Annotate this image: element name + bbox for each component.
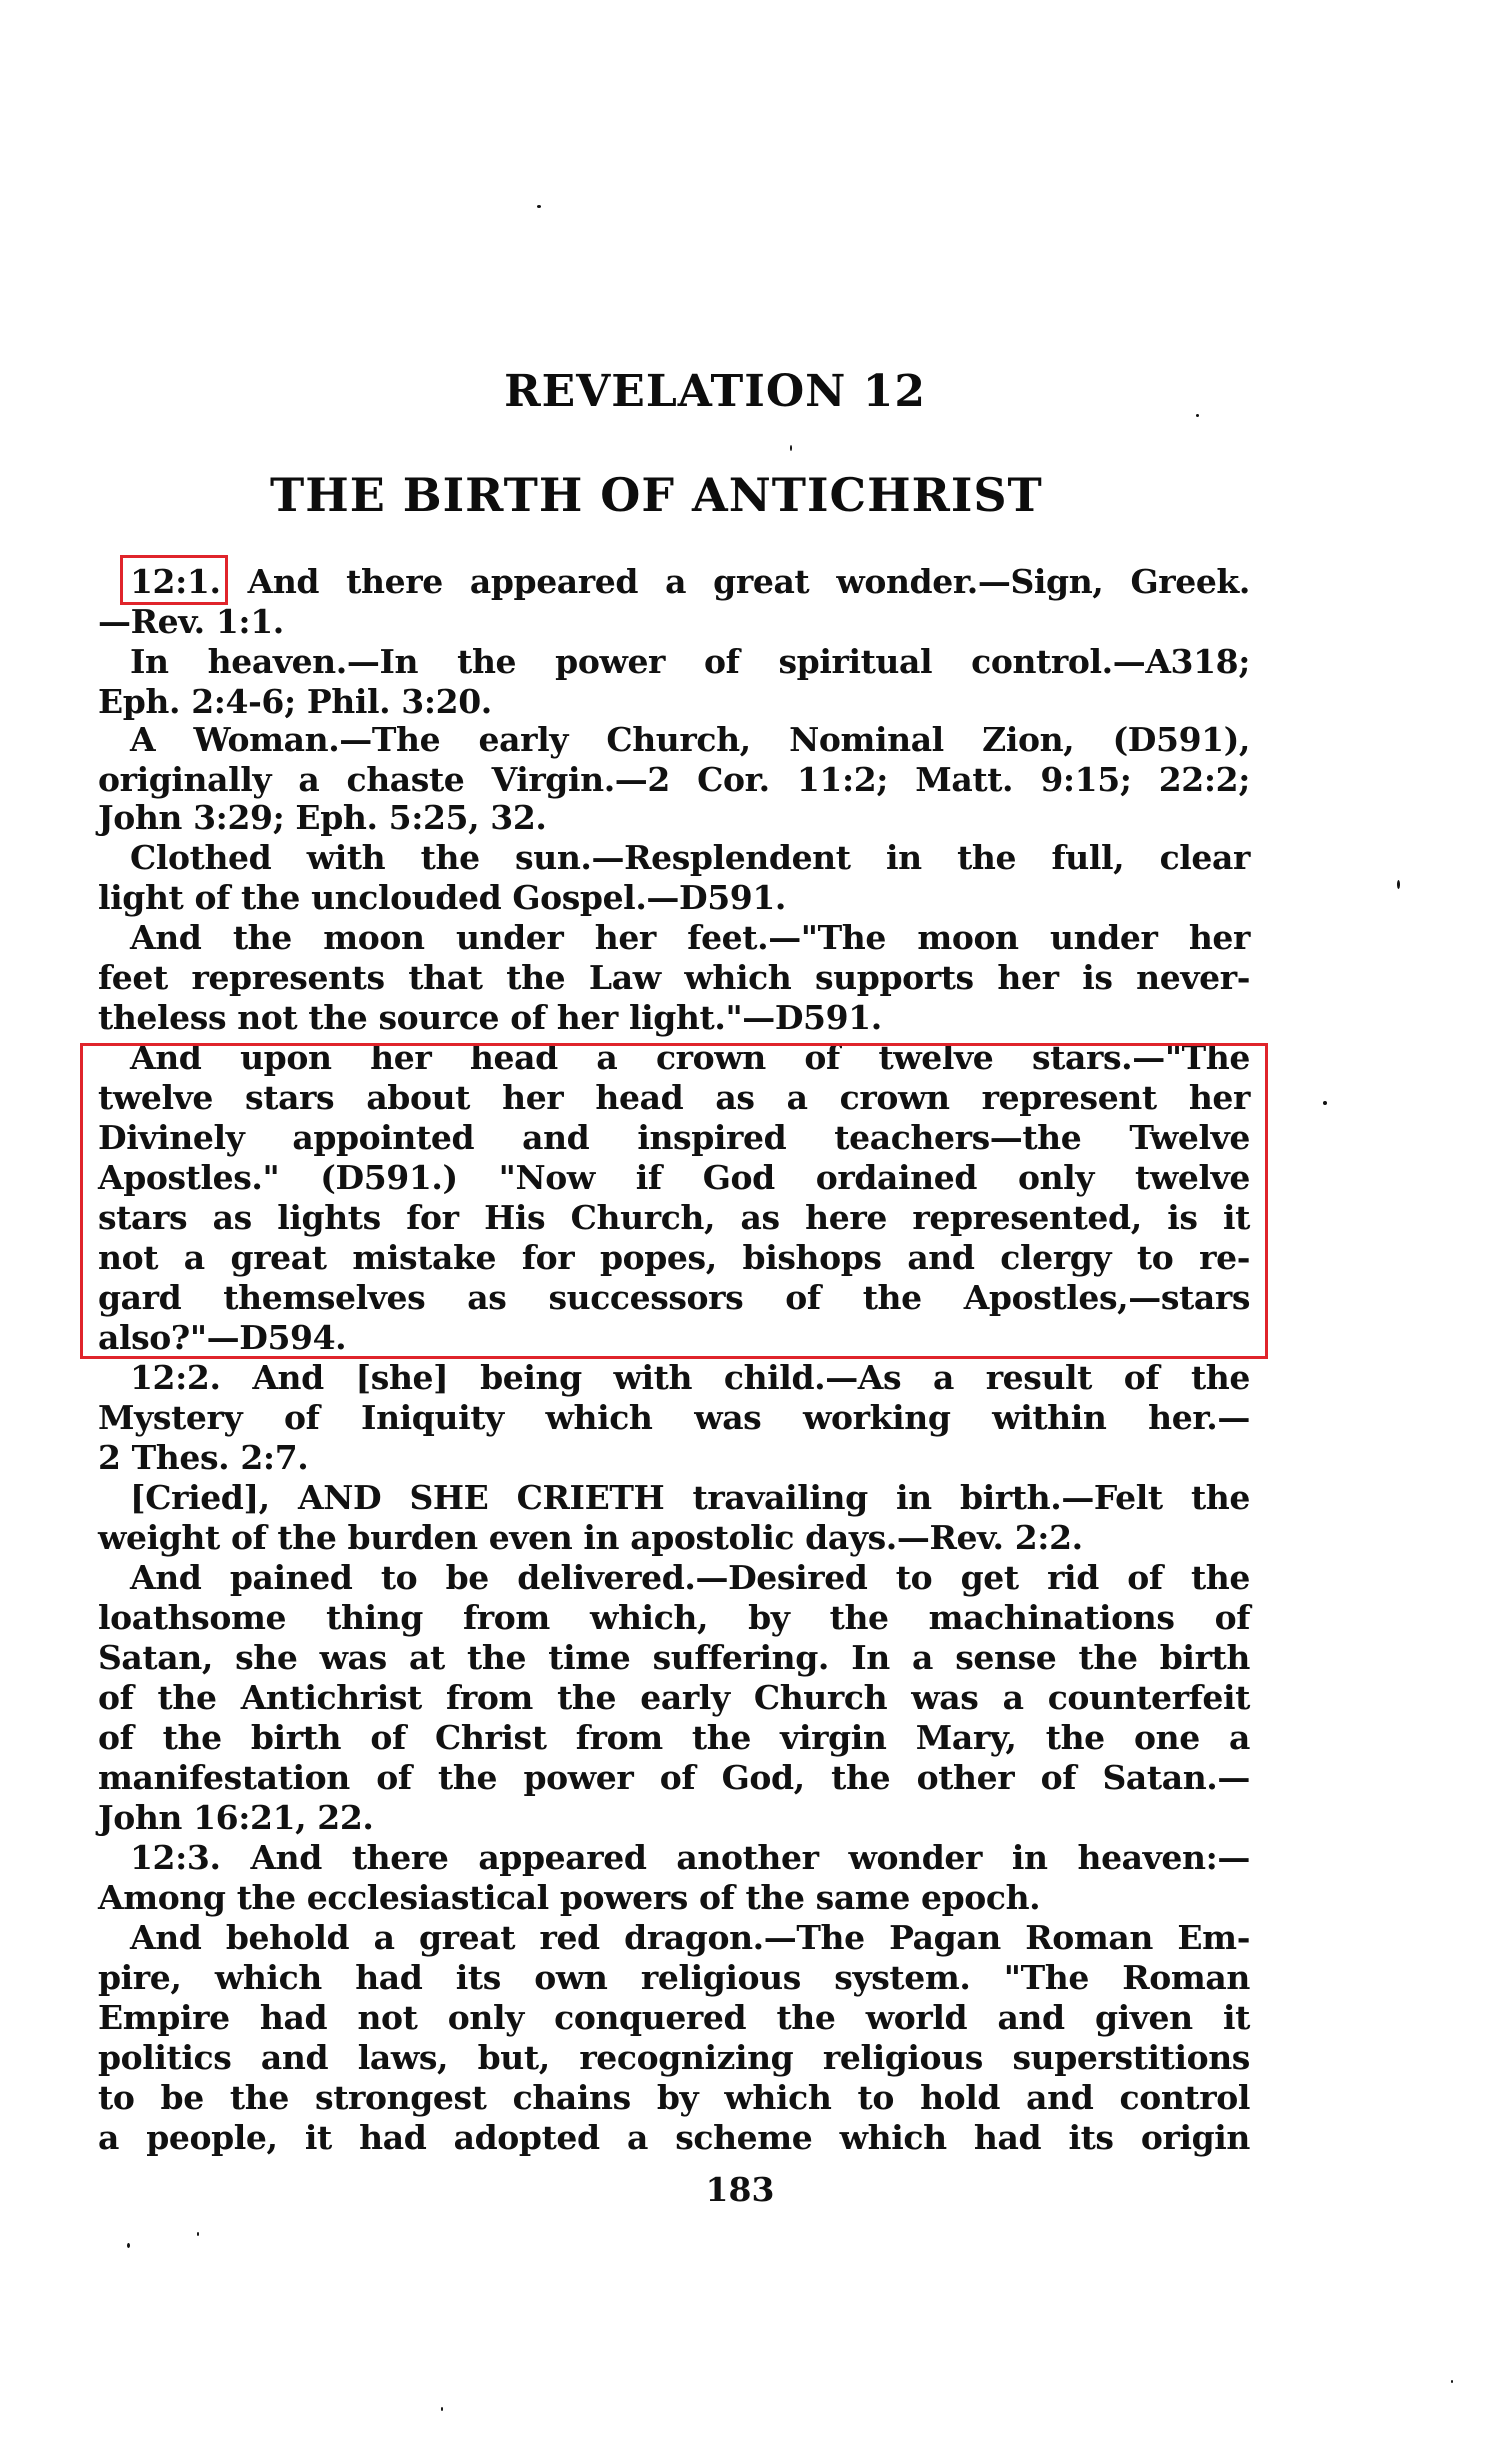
chapter-title: REVELATION 12	[0, 366, 1300, 417]
text-line: Satan, she was at the time suffering. In…	[98, 1638, 1250, 1678]
text-line-verse-12-3: 12:3. And there appeared another wonder …	[98, 1838, 1250, 1878]
text-line: a people, it had adopted a scheme which …	[98, 2118, 1250, 2158]
text-line: of the Antichrist from the early Church …	[98, 1678, 1250, 1718]
text-line: And the moon under her feet.—"The moon u…	[98, 918, 1250, 958]
text-line: 2 Thes. 2:7.	[98, 1438, 1250, 1478]
text-line: Mystery of Iniquity which was working wi…	[98, 1398, 1250, 1438]
text-line: of the birth of Christ from the virgin M…	[98, 1718, 1250, 1758]
commentary-body: 12:1. And there appeared a great wonder.…	[98, 562, 1250, 2158]
text-line: —Rev. 1:1.	[98, 602, 1250, 642]
text-line: [Cried], AND SHE CRIETH travailing in bi…	[98, 1478, 1250, 1518]
text-line: theless not the source of her light."—D5…	[98, 998, 1250, 1038]
scan-speck	[441, 2407, 443, 2411]
page-number: 183	[0, 2170, 1500, 2209]
text-line: Among the ecclesiastical powers of the s…	[98, 1878, 1250, 1918]
text-line: And pained to be delivered.—Desired to g…	[98, 1558, 1250, 1598]
text-line: In heaven.—In the power of spiritual con…	[98, 642, 1250, 682]
text-line: to be the strongest chains by which to h…	[98, 2078, 1250, 2118]
highlighted-text-line: gard themselves as successors of the Apo…	[98, 1278, 1250, 1318]
highlighted-text-line: not a great mistake for popes, bishops a…	[98, 1238, 1250, 1278]
text-line: light of the unclouded Gospel.—D591.	[98, 878, 1250, 918]
scan-speck	[127, 2243, 130, 2248]
scan-speck	[1397, 880, 1400, 889]
scan-speck	[790, 445, 792, 451]
scan-speck	[1451, 2380, 1453, 2383]
text-line: A Woman.—The early Church, Nominal Zion,…	[98, 720, 1250, 760]
scan-speck	[1196, 414, 1199, 417]
scan-speck	[537, 205, 541, 208]
highlighted-text-line: And upon her head a crown of twelve star…	[98, 1038, 1250, 1078]
text-line-verse-12-1: 12:1. And there appeared a great wonder.…	[98, 562, 1250, 602]
text-line: manifestation of the power of God, the o…	[98, 1758, 1250, 1798]
text-line: originally a chaste Virgin.—2 Cor. 11:2;…	[98, 760, 1250, 798]
text-line: John 16:21, 22.	[98, 1798, 1250, 1838]
scan-speck	[1323, 1101, 1327, 1105]
text-line: Eph. 2:4-6; Phil. 3:20.	[98, 682, 1250, 720]
text-line: politics and laws, but, recognizing reli…	[98, 2038, 1250, 2078]
text-line: And behold a great red dragon.—The Pagan…	[98, 1918, 1250, 1958]
scan-speck	[197, 2232, 199, 2236]
text-line-verse-12-2: 12:2. And [she] being with child.—As a r…	[98, 1358, 1250, 1398]
text-line: Empire had not only conquered the world …	[98, 1998, 1250, 2038]
highlighted-text-line: twelve stars about her head as a crown r…	[98, 1078, 1250, 1118]
text-line: pire, which had its own religious system…	[98, 1958, 1250, 1998]
section-title: THE BIRTH OF ANTICHRIST	[0, 468, 1500, 522]
highlighted-text-line: stars as lights for His Church, as here …	[98, 1198, 1250, 1238]
highlighted-text-line: Apostles." (D591.) "Now if God ordained …	[98, 1158, 1250, 1198]
text-line: loathsome thing from which, by the machi…	[98, 1598, 1250, 1638]
scanned-book-page: REVELATION 12 THE BIRTH OF ANTICHRIST 12…	[0, 0, 1500, 2442]
highlighted-text-line: Divinely appointed and inspired teachers…	[98, 1118, 1250, 1158]
text-line: Clothed with the sun.—Resplendent in the…	[98, 838, 1250, 878]
highlighted-text-line: also?"—D594.	[98, 1318, 1250, 1358]
text-line: weight of the burden even in apostolic d…	[98, 1518, 1250, 1558]
text-line: John 3:29; Eph. 5:25, 32.	[98, 798, 1250, 838]
text-line: feet represents that the Law which suppo…	[98, 958, 1250, 998]
